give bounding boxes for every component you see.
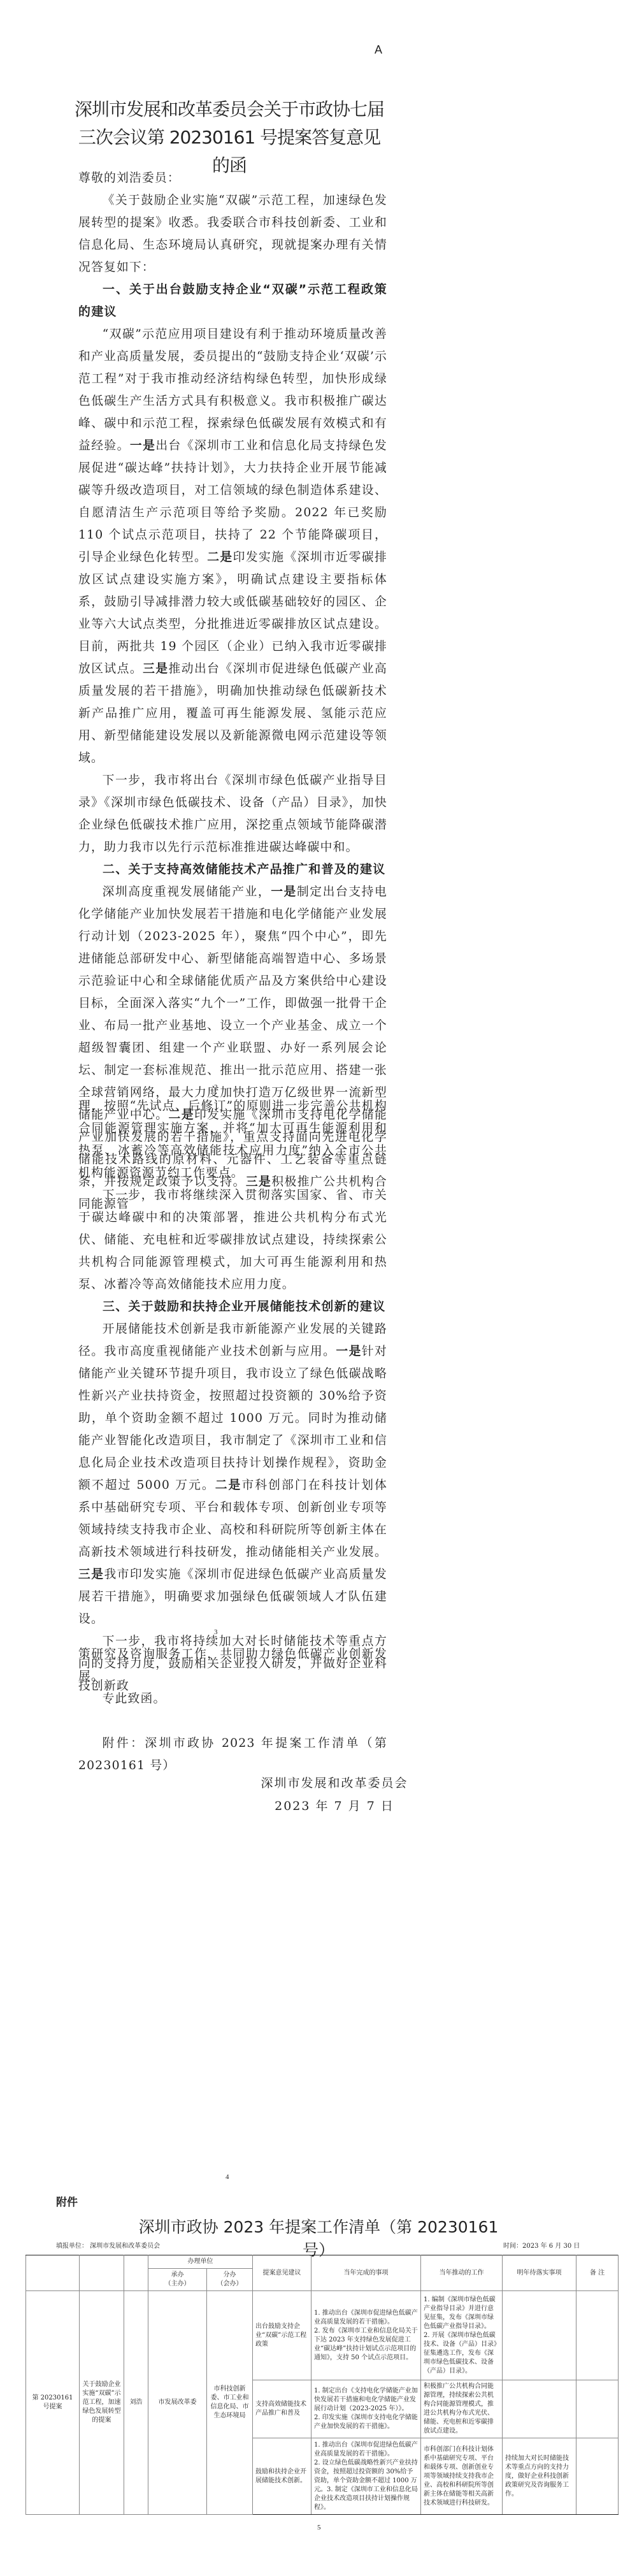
row-remark <box>576 2438 619 2515</box>
section1-heading: 一、关于出台鼓励支持企业“双碳”示范工程政策的建议 <box>78 279 387 323</box>
intro-paragraph: 《关于鼓励企业实施“双碳”示范工程，加速绿色发展转型的提案》收悉。我委联合市科技… <box>78 189 387 279</box>
header-co-unit: 分办 （会办） <box>207 2269 253 2291</box>
section3-heading: 三、关于鼓励和扶持企业开展储能技术创新的建议 <box>78 1296 387 1318</box>
row-done: 1. 推动出台《深圳市促进绿色低碳产业高质量发展的若干措施》。 2. 设立绿色低… <box>311 2438 421 2515</box>
row-pushing: 市科创部门在科技计划体系中基础研究专项、平台和载体专项、创新创业专项等领域持续支… <box>421 2438 503 2515</box>
row-next-year <box>503 2380 576 2438</box>
header-suggestion: 提案意见建议 <box>253 2255 311 2291</box>
section3-paragraph2-part2: 策研究及咨询服务工作，共同助力绿色低碳产业创新发展。 <box>78 1643 387 1688</box>
header-next-year: 明年待落实事项 <box>503 2255 576 2291</box>
proposal-number: 第 20230161 号提案 <box>26 2291 80 2515</box>
section3-paragraph1: 开展储能技术创新是我市新能源产业发展的关键路径。我市高度重视储能产业技术创新与应… <box>78 1318 387 1630</box>
row-done: 1. 制定出台《支持电化学储能产业加快发展若干措施和电化学储能产业发展行动计划（… <box>311 2380 421 2438</box>
header-done: 当年完成的事项 <box>311 2255 421 2291</box>
letter-title-line1: 深圳市发展和改革委员会关于市政协七届 <box>70 96 389 124</box>
letter-body-page3: 策研究及咨询服务工作，共同助力绿色低碳产业创新发展。 专此致函。 附件：深圳市政… <box>78 1643 387 1777</box>
annex-title: 深圳市政协 2023 年提案工作清单（第 20230161 号） <box>127 2215 510 2261</box>
annex-label: 附件 <box>56 2193 78 2209</box>
page-number: 4 <box>225 2173 229 2181</box>
table-row: 第 20230161 号提案 关于鼓励企业实施“双碳”示范工程，加速绿色发展转型… <box>26 2291 619 2380</box>
attachment-line: 附件：深圳市政协 2023 年提案工作清单（第 20230161 号） <box>78 1732 387 1777</box>
page-number: 3 <box>214 1628 218 1636</box>
row-suggestion: 支持高效储能技术产品推广和普及 <box>253 2380 311 2438</box>
page-number: 2 <box>214 1083 218 1091</box>
row-next-year <box>503 2291 576 2380</box>
header-marker: A <box>375 43 382 57</box>
row-remark <box>576 2380 619 2438</box>
row-pushing: 积极推广公共机构合同能源管理，持续探索公共机构合同能源管理模式，推进公共机构分布… <box>421 2380 503 2438</box>
proposal-work-table: 办理单位 提案意见建议 当年完成的事项 当年推动的工作 明年待落实事项 备 注 … <box>25 2255 619 2515</box>
row-next-year: 持续加大对长时储能技术等重点方向的支持力度，做好企业科技创新政策研究及咨询服务工… <box>503 2438 576 2515</box>
salutation: 尊敬的刘浩委员： <box>78 167 387 189</box>
section2-paragraph2: 下一步，我市将继续深入贯彻落实国家、省、市关于碳达峰碳中和的决策部署，推进公共机… <box>78 1184 387 1296</box>
row-suggestion: 鼓励和扶持企业开展储能技术创新。 <box>253 2438 311 2515</box>
fill-time: 时间：2023 年 6 月 30 日 <box>503 2240 580 2250</box>
header-unit-group: 办理单位 <box>148 2255 253 2269</box>
signature-date: 2023 年 7 月 7 日 <box>236 1795 433 1818</box>
table-header-row: 办理单位 提案意见建议 当年完成的事项 当年推动的工作 明年待落实事项 备 注 <box>26 2255 619 2269</box>
closing: 专此致函。 <box>78 1688 387 1710</box>
proposal-title: 关于鼓励企业实施“双碳”示范工程，加速绿色发展转型的提案 <box>80 2291 124 2515</box>
header-pushing: 当年推动的工作 <box>421 2255 503 2291</box>
letter-body-page1: 尊敬的刘浩委员： 《关于鼓励企业实施“双碳”示范工程，加速绿色发展转型的提案》收… <box>78 167 387 1215</box>
signature-org: 深圳市发展和改革委员会 <box>236 1772 433 1795</box>
section1-paragraph2: 下一步，我市将出台《深圳市绿色低碳产业指导目录》《深圳市绿色低碳技术、设备（产品… <box>78 769 387 858</box>
row-done: 1. 推动出台《深圳市促进绿色低碳产业高质量发展的若干措施》。 2. 发布《深圳… <box>311 2291 421 2380</box>
proposer: 刘浩 <box>124 2291 148 2515</box>
header-remark: 备 注 <box>576 2255 619 2291</box>
section2-paragraph1-part2: 理，按照“先试点、后修订”的原则进一步完善公共机构合同能源管理实施方案，并将“加… <box>78 1095 387 1184</box>
row-suggestion: 出台鼓励支持企业“双碳”示范工程政策 <box>253 2291 311 2380</box>
row-pushing: 1. 编制《深圳市绿色低碳产业指导目录》并进行意见征集，发布《深圳市绿色低碳产业… <box>421 2291 503 2380</box>
main-unit: 市发展改革委 <box>148 2291 207 2515</box>
co-units: 市科技创新委、市工业和信息化局、市生态环境局 <box>207 2291 253 2515</box>
section2-heading: 二、关于支持高效储能技术产品推广和普及的建议 <box>78 858 387 881</box>
row-remark <box>576 2291 619 2380</box>
signature-block: 深圳市发展和改革委员会 2023 年 7 月 7 日 <box>236 1772 433 1818</box>
fill-unit: 填报单位： 深圳市发展和改革委员会 <box>56 2240 160 2250</box>
page-number: 5 <box>317 2524 321 2531</box>
header-main-unit: 承办 （主办） <box>148 2269 207 2291</box>
section1-paragraph1: “双碳”示范应用项目建设有利于推动环境质量改善和产业高质量发展，委员提出的“鼓励… <box>78 323 387 769</box>
letter-body-page2: 理，按照“先试点、后修订”的原则进一步完善公共机构合同能源管理实施方案，并将“加… <box>78 1095 387 1697</box>
